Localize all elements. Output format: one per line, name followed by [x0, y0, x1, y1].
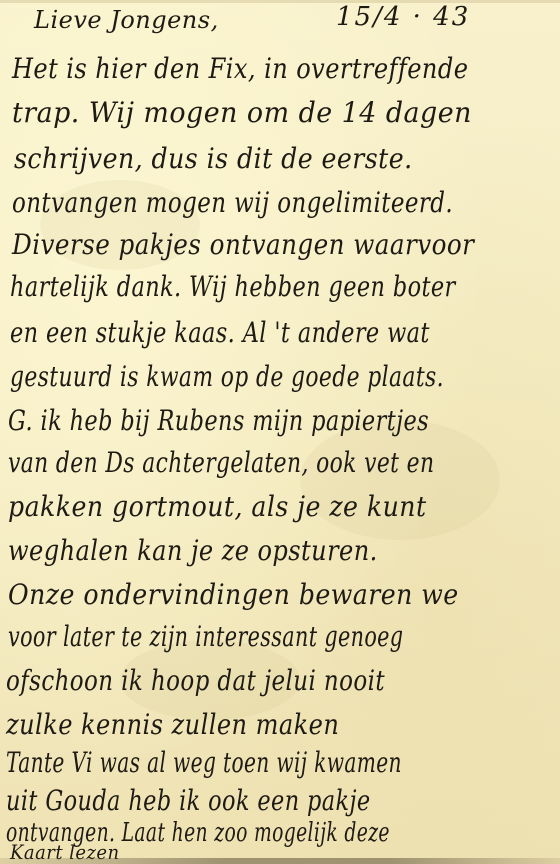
letter-line-9: G. ik heb bij Rubens mijn papiertjes — [8, 404, 429, 437]
letter-line-4: ontvangen mogen wij ongelimiteerd. — [12, 186, 453, 219]
letter-line-8: gestuurd is kwam op de goede plaats. — [10, 360, 444, 393]
letter-line-text: Het is hier den Fix, in overtreffende — [12, 52, 468, 85]
letter-line-16: zulke kennis zullen maken — [6, 708, 339, 741]
paper-edge-bottom — [0, 858, 560, 864]
letter-line-14: voor later te zijn interessant genoeg — [8, 620, 403, 653]
letter-line-5: Diverse pakjes ontvangen waarvoor — [12, 228, 474, 261]
letter-line-15: ofschoon ik hoop dat jelui nooit — [6, 664, 385, 697]
letter-date: 15/4 · 43 — [336, 2, 470, 32]
letter-line-3: schrijven, dus is dit de eerste. — [14, 142, 413, 175]
letter-line-7: en een stukje kaas. Al 't andere wat — [10, 316, 430, 349]
letter-line-12: weghalen kan je ze opsturen. — [8, 534, 378, 567]
letter-line-1: Het is hier den Fix, in overtreffende — [12, 52, 468, 85]
letter-line-11: pakken gortmout, als je ze kunt — [8, 490, 427, 523]
letter-line-2: trap. Wij mogen om de 14 dagen — [12, 96, 472, 129]
letter-line-6: hartelijk dank. Wij hebben geen boter — [10, 270, 456, 303]
letter-line-13: Onze ondervindingen bewaren we — [8, 578, 459, 611]
paper-edge-top — [0, 0, 560, 3]
letter-line-17: Tante Vi was al weg toen wij kwamen — [6, 746, 402, 779]
letter-line-10: van den Ds achtergelaten, ook vet en — [8, 446, 434, 479]
salutation: Lieve Jongens, — [34, 6, 219, 34]
letter-page: Lieve Jongens, 15/4 · 43 Het is hier den… — [0, 0, 560, 864]
letter-line-18: uit Gouda heb ik ook een pakje — [6, 784, 371, 817]
